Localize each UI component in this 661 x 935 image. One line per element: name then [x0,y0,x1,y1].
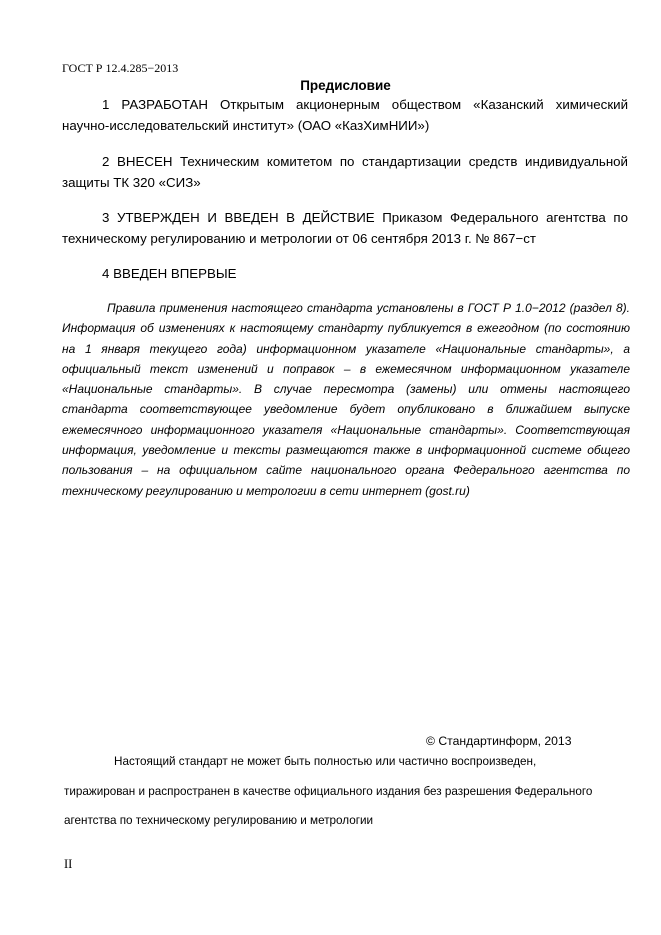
rights-line-1: Настоящий стандарт не может быть полност… [114,755,661,768]
copyright-notice: © Стандартинформ, 2013 [426,734,572,748]
paragraph-approved: 3 УТВЕРЖДЕН И ВВЕДЕН В ДЕЙСТВИЕ Приказом… [62,207,628,249]
rights-line-2: тиражирован и распространен в качестве о… [64,785,634,798]
paragraph-text: 2 ВНЕСЕН Техническим комитетом по станда… [62,151,628,193]
page-number: II [64,857,72,872]
document-header: ГОСТ Р 12.4.285−2013 [62,61,178,76]
paragraph-developed-by: 1 РАЗРАБОТАН Открытым акционерным общест… [62,94,628,136]
paragraph-text: 1 РАЗРАБОТАН Открытым акционерным общест… [62,94,628,136]
paragraph-submitted-by: 2 ВНЕСЕН Техническим комитетом по станда… [62,151,628,193]
paragraph-text: 4 ВВЕДЕН ВПЕРВЫЕ [62,263,628,284]
application-rules-note: Правила применения настоящего стандарта … [62,298,630,501]
section-title: Предисловие [0,78,661,93]
paragraph-first-introduced: 4 ВВЕДЕН ВПЕРВЫЕ [62,263,628,284]
document-page: ГОСТ Р 12.4.285−2013 Предисловие 1 РАЗРА… [0,0,661,935]
paragraph-text: 3 УТВЕРЖДЕН И ВВЕДЕН В ДЕЙСТВИЕ Приказом… [62,207,628,249]
rights-line-3: агентства по техническому регулированию … [64,814,634,827]
